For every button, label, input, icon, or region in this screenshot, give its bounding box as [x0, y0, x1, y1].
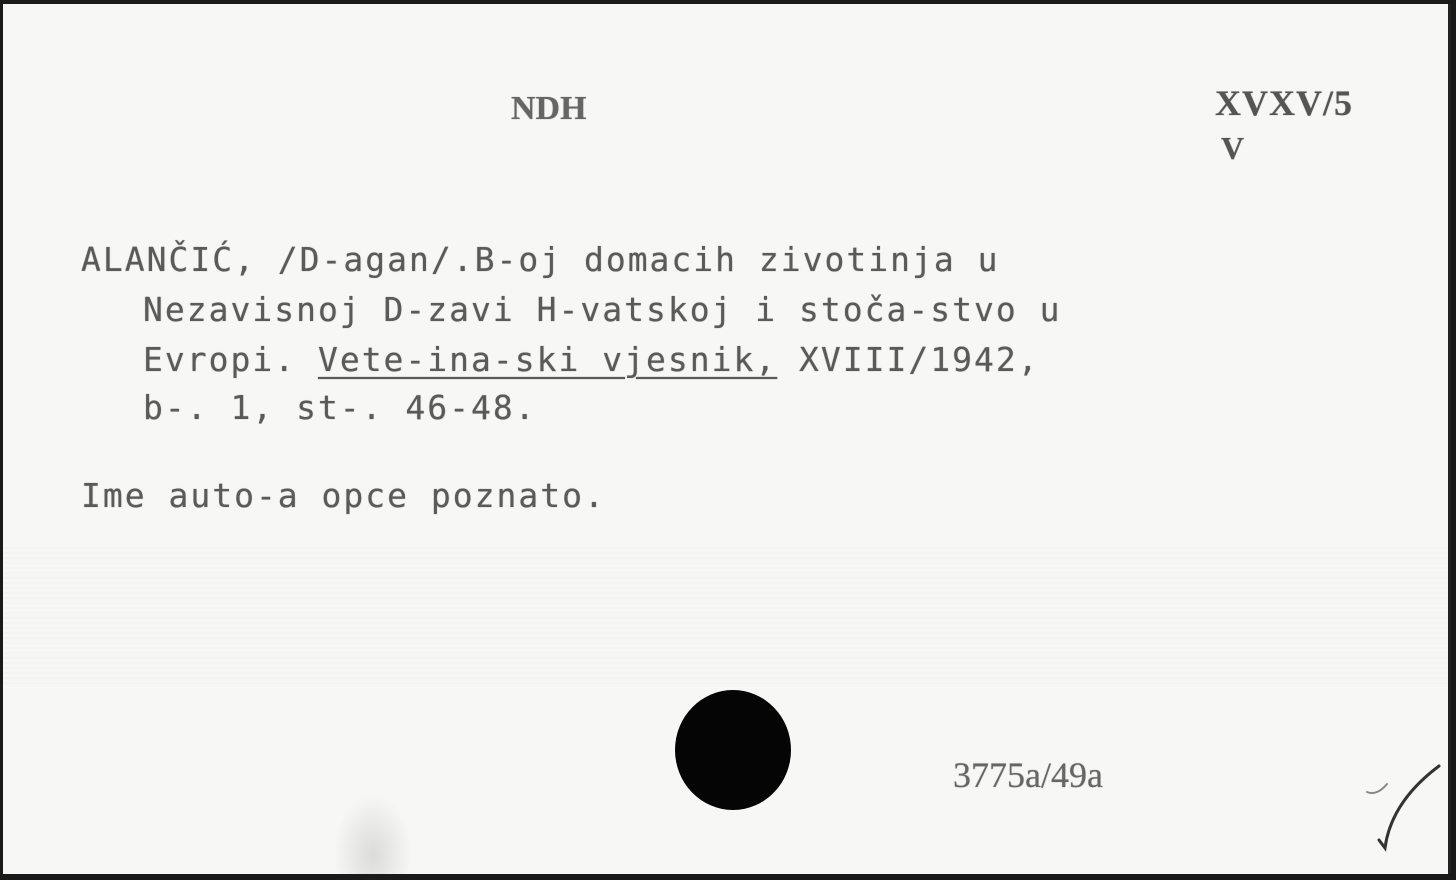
entry-line-3-prefix: Evropi. — [143, 340, 318, 379]
catalog-card: NDH XVXV/5 V ALANČIĆ, /D-agan/.B-oj doma… — [3, 4, 1451, 874]
author-note: Ime auto-a opce poznato. — [81, 472, 606, 520]
collection-label: NDH — [511, 90, 587, 128]
entry-line-4: b-. 1, st-. 46-48. — [143, 384, 537, 432]
entry-line-2: Nezavisnoj D-zavi H-vatskoj i stoča-stvo… — [143, 286, 1061, 334]
entry-line-3: Evropi. Vete-ina-ski vjesnik, XVIII/1942… — [143, 336, 1040, 384]
classification-subcode: V — [1221, 130, 1245, 167]
shelf-mark: 3775a/49a — [953, 754, 1103, 796]
journal-title: Vete-ina-ski vjesnik, — [318, 340, 777, 379]
ink-smudge — [333, 794, 413, 874]
paper-texture — [3, 544, 1448, 684]
punch-hole — [675, 690, 791, 810]
checkmark-icon — [1363, 762, 1443, 852]
classification-code: XVXV/5 — [1215, 82, 1353, 124]
entry-line-3-suffix: XVIII/1942, — [777, 340, 1039, 379]
entry-line-1: ALANČIĆ, /D-agan/.B-oj domacih zivotinja… — [81, 236, 999, 284]
